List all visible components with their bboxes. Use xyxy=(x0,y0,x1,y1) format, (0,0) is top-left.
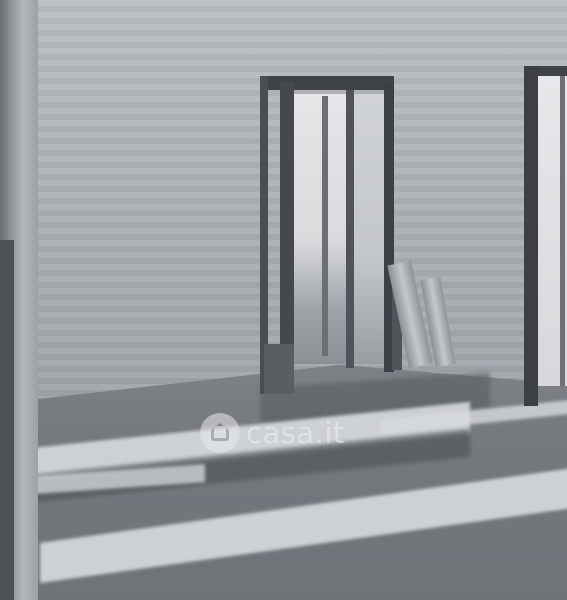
pillar-shadow xyxy=(0,240,14,600)
door-glass-pane xyxy=(354,94,384,364)
house-in-circle-icon xyxy=(200,413,240,453)
door-frame-left xyxy=(524,66,538,406)
door-glass-pane xyxy=(294,94,348,364)
door-leaf-edge xyxy=(560,76,565,386)
door-leaf-edge xyxy=(322,96,328,356)
watermark-text: casa.it xyxy=(246,416,345,450)
right-door-frame xyxy=(524,66,567,406)
door-base xyxy=(264,344,294,394)
door-mullion xyxy=(346,90,354,368)
watermark: casa.it xyxy=(200,413,345,453)
house-icon xyxy=(211,423,229,441)
room-photo: casa.it xyxy=(0,0,567,600)
glass-door xyxy=(260,76,394,394)
